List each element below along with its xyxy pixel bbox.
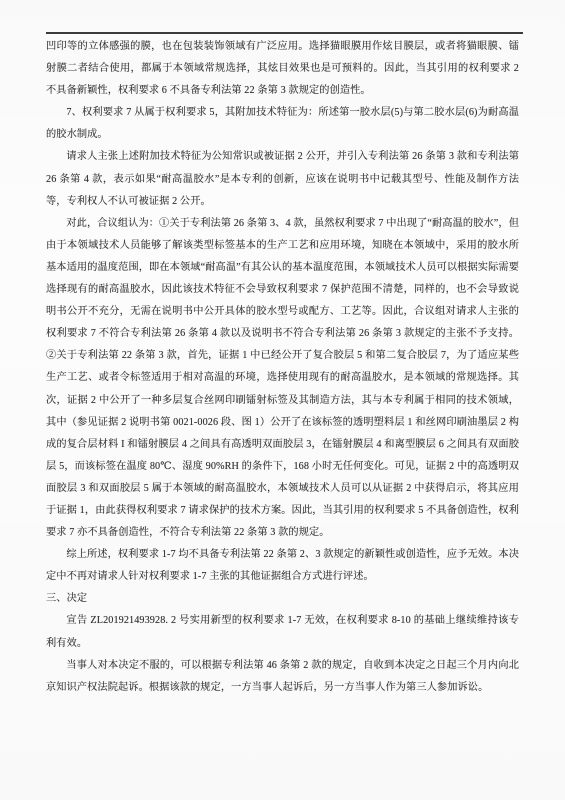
paragraph-appeal-instructions: 当事人对本决定不服的，可以根据专利法第 46 条第 2 款的规定，自收到本决定之… xyxy=(46,655,519,699)
paragraph-claims-2-6-conclusion: 凹印等的立体感强的膜，也在包装装饰领域有广泛应用。选择猫眼膜用作炫目膜层，或者将… xyxy=(46,36,519,102)
paragraph-decision-announcement: 宣告 ZL201921493928. 2 号实用新型的权利要求 1-7 无效，在… xyxy=(46,610,519,654)
decision-text-block: 凹印等的立体感强的膜，也在包装装饰领域有广泛应用。选择猫眼膜用作炫目膜层，或者将… xyxy=(46,36,519,699)
heading-section-3-decision: 三、决定 xyxy=(46,588,519,610)
paragraph-overall-conclusion: 综上所述，权利要求 1-7 均不具备专利法第 22 条第 2、3 款规定的新颖性… xyxy=(46,544,519,588)
paragraph-claim7-feature: 7、权利要求 7 从属于权利要求 5，其附加技术特征为：所述第一胶水层(5)与第… xyxy=(46,102,519,146)
paragraph-petitioner-argument: 请求人主张上述附加技术特征为公知常识或被证据 2 公开，并引入专利法第 26 条… xyxy=(46,146,519,212)
header-divider-line xyxy=(46,32,523,34)
paragraph-panel-opinion: 对此，合议组认为：①关于专利法第 26 条第 3、4 款，虽然权利要求 7 中出… xyxy=(46,213,519,544)
scanned-document-page: 凹印等的立体感强的膜，也在包装装饰领域有广泛应用。选择猫眼膜用作炫目膜层，或者将… xyxy=(0,0,565,800)
